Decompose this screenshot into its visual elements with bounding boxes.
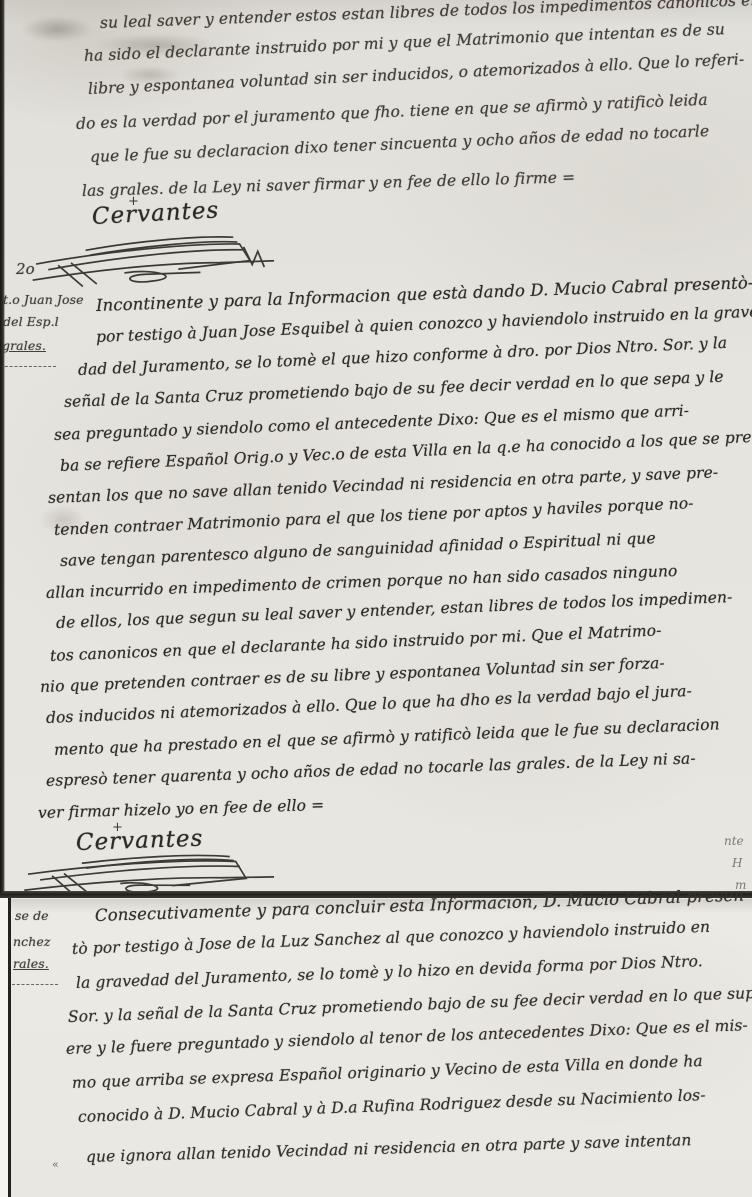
margin-divider xyxy=(12,984,58,985)
manuscript-page: su leal saver y entender estos estan lib… xyxy=(0,0,752,1197)
margin-note-line: t.o Juan Jose xyxy=(3,292,84,307)
margin-note-line: grales. xyxy=(2,338,46,353)
edge-text-fragment: H xyxy=(732,856,742,870)
scan-left-edge-bottom xyxy=(8,898,11,1197)
signature-rubric xyxy=(27,220,279,301)
margin-divider xyxy=(0,366,56,367)
margin-note-line: nchez xyxy=(13,934,51,949)
margin-note-line: 2o xyxy=(16,260,35,278)
scan-left-edge-top xyxy=(0,0,5,893)
margin-note-line: del Esp.l xyxy=(3,314,59,329)
ink-smudge xyxy=(22,16,92,42)
margin-note-line: se de xyxy=(15,908,49,923)
scan-left-margin-bottom xyxy=(0,898,8,1197)
margin-note-line: rales. xyxy=(13,956,49,971)
edge-text-fragment: nte xyxy=(724,834,744,848)
stray-mark: « xyxy=(52,1158,59,1171)
